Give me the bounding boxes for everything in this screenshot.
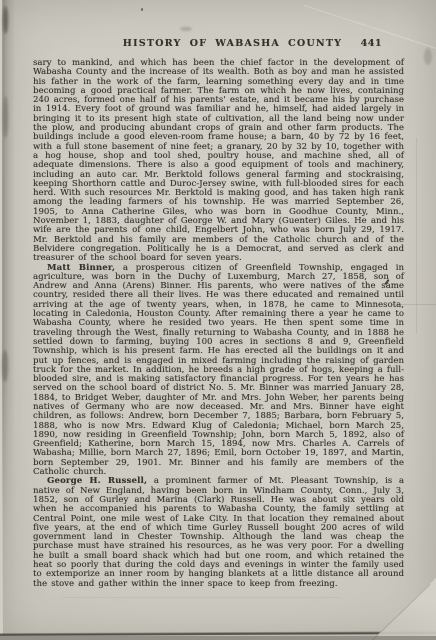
paragraph-matt-binner: Matt Binner, a prosperous citizen of Gre… xyxy=(33,264,404,478)
gutter-ink-blob xyxy=(3,96,8,138)
paper-speck xyxy=(141,8,143,11)
page-number: 441 xyxy=(361,38,382,49)
margin-smudge xyxy=(424,48,432,65)
paragraph-george-russell: George H. Russell, a prominent farmer of… xyxy=(33,477,404,589)
gutter-ink-blob xyxy=(2,350,8,382)
paragraph-text: a prosperous citizen of Greenfield Towns… xyxy=(33,263,404,478)
page-body: sary to mankind, and which has been the … xyxy=(33,59,404,589)
paper-crease xyxy=(62,597,342,598)
paper-smudge xyxy=(180,27,192,31)
running-title: HISTORY OF WABASHA COUNTY xyxy=(123,38,342,49)
paragraph-text: a prominent farmer of Mt. Pleasant Towns… xyxy=(33,476,404,588)
page-header: HISTORY OF WABASHA COUNTY 441 xyxy=(33,38,404,51)
paragraph-continuation: sary to mankind, and which has been the … xyxy=(33,59,404,264)
page-scan: HISTORY OF WABASHA COUNTY 441 sary to ma… xyxy=(0,0,436,640)
paragraph-text: sary to mankind, and which has been the … xyxy=(33,58,404,263)
gutter-ink-blob xyxy=(3,6,8,34)
